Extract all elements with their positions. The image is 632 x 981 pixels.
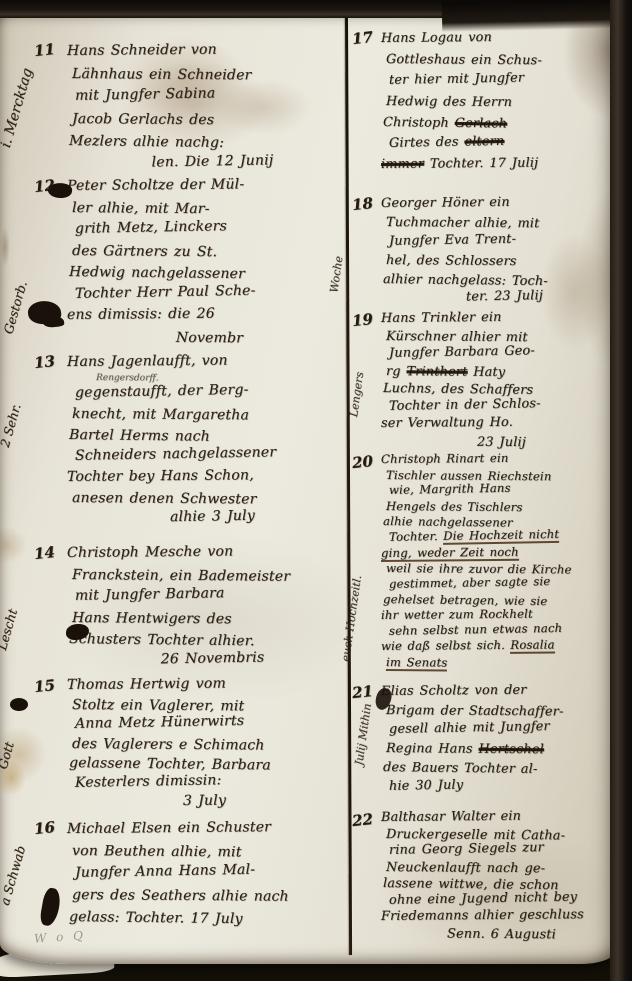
entry-text-segment: hie 30 July: [389, 778, 463, 794]
entry-line: Balthasar Walter ein: [381, 808, 612, 827]
entry-number: 18: [351, 194, 374, 214]
entry-line: len. Die 12 Junij: [75, 148, 350, 175]
entry-text-segment: hel, des Schlossers: [386, 253, 517, 269]
entry-text-segment: im Senats: [386, 655, 448, 671]
entry-text-segment: sehn selbst nun etwas nach: [389, 620, 562, 637]
entry-line: ens dimissis: die 26: [67, 303, 342, 327]
entry-line: ter. 23 Julij: [389, 285, 620, 308]
entry-text-segment: des Gärtners zu St.: [72, 243, 217, 260]
entry-text-segment: Hans Hentwigers des: [72, 610, 232, 627]
entry-line: Jungfer Barbara Geo-: [389, 341, 620, 363]
entry-line: knecht, mit Margaretha: [72, 404, 347, 427]
entry-text-segment: Elias Scholtz von der: [381, 683, 527, 699]
entry-line: Christoph Rinart ein: [381, 450, 612, 468]
entry-line: gesell alhie mit Jungfer: [389, 716, 620, 739]
entry-lines: Christoph Mesche vonFranckstein, ein Bad…: [67, 543, 342, 672]
register-entry: 15Thomas Hertwig vomStoltz ein Vaglerer,…: [34, 676, 342, 813]
entry-text-segment: Schneiders nachgelassener: [75, 444, 276, 464]
entry-text-segment: Mezlers alhie nachg:: [69, 133, 224, 151]
entry-text-segment: Tochter.: [389, 529, 443, 544]
entry-line: ter hier mit Jungfer: [389, 66, 620, 91]
entry-line: Tochter Herr Paul Sche-: [75, 279, 350, 305]
entry-text-segment: gegenstaufft, der Berg-: [75, 382, 249, 401]
entry-line: Tochter in der Schlos-: [389, 393, 620, 415]
entry-text-segment: ohne eine Jugend nicht bey: [389, 889, 577, 907]
entry-lines: Hans Jagenlaufft, vonRengersdorff.gegens…: [67, 352, 342, 530]
entry-line: rg Trinthert Haty: [386, 363, 617, 382]
register-entry: 16Michael Elsen ein Schustervon Beuthen …: [34, 818, 342, 928]
entry-text-segment: rg: [386, 364, 407, 379]
entry-line: Girtes des eltern: [389, 129, 620, 154]
register-entry: 17Hans Logau vonGottleshaus ein Schus-te…: [352, 28, 612, 175]
entry-text-segment: Thomas Hertwig vom: [67, 676, 226, 693]
entry-text-segment: ihr wetter zum Rockhelt: [381, 607, 533, 622]
entry-text-segment: Tochter bey Hans Schon,: [67, 467, 254, 485]
entry-number: 13: [33, 352, 56, 372]
entry-line: Regina Hans Hertschel: [386, 739, 617, 760]
entry-line: Georger Höner ein: [381, 192, 612, 213]
book-binding-top-right: [442, 0, 632, 32]
entry-text-segment: Bartel Herms nach: [69, 427, 210, 445]
entry-text-segment: Neuckenlaufft nach ge-: [386, 860, 545, 876]
entry-text-segment: Jungfer Barbara Geo-: [389, 343, 535, 361]
entry-text-segment: knecht, mit Margaretha: [72, 406, 249, 423]
entry-text-segment: 3 July: [183, 793, 226, 809]
entry-text-segment: Senn. 6 Augusti: [447, 926, 556, 942]
entry-text-segment: Hans Trinkler ein: [381, 310, 502, 326]
entry-text-segment: mit Jungfer Sabina: [75, 85, 216, 103]
paper-crease: [0, 227, 10, 267]
entry-text-segment: anesen denen Schwester: [72, 490, 257, 507]
entry-line: 23 Julij: [386, 433, 617, 452]
entry-text-segment: Girtes des: [389, 135, 465, 151]
entry-text-segment: Trinthert: [406, 364, 467, 379]
entry-text-segment: gestimmet, aber sagte sie: [389, 574, 551, 591]
entry-text-segment: Novembr: [176, 329, 243, 346]
entry-line: sehn selbst nun etwas nach: [389, 619, 620, 639]
entry-number: 22: [351, 810, 374, 830]
entry-text-segment: Peter Scholtze der Mül-: [67, 176, 244, 194]
entry-line: 26 Novembris: [75, 646, 350, 672]
register-entry: 18Georger Höner einTuchmacher alhie, mit…: [352, 194, 612, 308]
entry-text-segment: eltern: [464, 134, 504, 150]
entry-text-segment: Hans Jagenlaufft, von: [67, 353, 228, 370]
entry-lines: Hans Logau vonGottleshaus ein Schus-ter …: [381, 28, 612, 175]
entry-text-segment: Tochter Herr Paul Sche-: [75, 282, 256, 301]
entry-text-segment: 23 Julij: [477, 434, 526, 449]
entry-text-segment: Kesterlers dimissin:: [75, 772, 222, 791]
entry-text-segment: Anna Metz Hünerwirts: [75, 713, 244, 732]
entry-text-segment: grith Metz, Linckers: [75, 218, 227, 237]
entry-text-segment: von Beuthen alhie, mit: [72, 843, 242, 860]
entry-text-segment: Christoph Mesche von: [67, 544, 233, 561]
manuscript-photo: 11Hans Schneider vonLähnhaus ein Schneid…: [0, 0, 632, 981]
entry-text-segment: Hengels des Tischlers: [386, 499, 523, 514]
entry-number: 15: [33, 676, 56, 696]
entry-line: des Gärtners zu St.: [72, 241, 347, 265]
entry-text-segment: Hedwig des Herrn: [386, 94, 512, 110]
entry-text-segment: Friedemanns alhier geschluss: [381, 907, 584, 924]
entry-text-segment: wie daß selbst sich.: [381, 638, 510, 653]
entry-line: wie daß selbst sich. Rosalia: [381, 637, 612, 655]
entry-line: ser Verwaltung Ho.: [381, 413, 612, 433]
entry-line: ohne eine Jugend nicht bey: [389, 888, 620, 909]
register-entry: 20Christoph Rinart einTischler aussen Ri…: [352, 452, 612, 670]
entry-number: 20: [351, 452, 374, 472]
entry-text-segment: Jungfer Eva Trent-: [389, 232, 516, 249]
entry-text-segment: Hans Schneider von: [67, 42, 217, 59]
entry-lines: Peter Scholtze der Mül-ler alhie, mit Ma…: [67, 176, 342, 348]
entry-text-segment: Jacob Gerlachs des: [72, 111, 214, 128]
entry-text-segment: Schusters Tochter alhier.: [69, 631, 255, 649]
entry-lines: Christoph Rinart einTischler aussen Riec…: [381, 452, 612, 670]
entry-text-segment: Christoph: [383, 115, 455, 131]
entry-line: 3 July: [67, 791, 342, 813]
entry-lines: Georger Höner einTuchmacher alhie, mitJu…: [381, 194, 612, 308]
entry-line: Peter Scholtze der Mül-: [67, 174, 342, 198]
entry-line: Michael Elsen ein Schuster: [67, 816, 342, 840]
entry-line: im Senats: [386, 655, 617, 672]
entry-text-segment: ser Verwaltung Ho.: [381, 415, 513, 431]
entry-line: Senn. 6 Augusti: [386, 926, 617, 944]
entry-text-segment: Georger Höner ein: [381, 195, 510, 211]
entry-text-segment: ens dimissis: die 26: [67, 306, 215, 323]
entry-lines: Balthasar Walter einDruckergeselle mit C…: [381, 810, 612, 942]
entry-line: Hans Hentwigers des: [72, 608, 347, 632]
entry-number: 16: [33, 818, 56, 838]
entry-line: Kesterlers dimissin:: [75, 769, 350, 793]
entry-text-segment: ging, weder Zeit noch: [381, 544, 519, 561]
register-entry: 13Hans Jagenlaufft, vonRengersdorff.gege…: [34, 352, 342, 530]
register-entry: 19Hans Trinkler einKürschner alhier mitJ…: [352, 310, 612, 450]
entry-line: hel, des Schlossers: [386, 251, 617, 272]
entry-line: Hans Schneider von: [67, 38, 342, 63]
entry-lines: Elias Scholtz von derBrigam der Stadtsch…: [381, 682, 612, 796]
entry-lines: Thomas Hertwig vomStoltz ein Vaglerer, m…: [67, 676, 342, 813]
entry-text-segment: des Vaglerers e Schimach: [72, 736, 265, 754]
entry-text-segment: wie, Margrith Hans: [389, 481, 511, 497]
entry-line: Novembr: [72, 327, 347, 351]
entry-text-segment: Hans Logau von: [381, 30, 492, 46]
register-entry: 12Peter Scholtze der Mül-ler alhie, mit …: [34, 176, 342, 348]
entry-line: gegenstaufft, der Berg-: [75, 378, 350, 404]
ink-blot: [10, 698, 28, 711]
entry-text-segment: Regina Hans: [386, 741, 479, 757]
entry-line: Hans Jagenlaufft, von: [67, 350, 342, 373]
entry-text-segment: ler alhie, mit Mar-: [72, 200, 210, 217]
entry-number: 21: [351, 682, 374, 702]
entry-text-segment: ter hier mit Jungfer: [389, 71, 524, 88]
entry-lines: Hans Schneider vonLähnhaus ein Schneider…: [67, 40, 342, 175]
entry-line: Friedemanns alhier geschluss: [381, 907, 612, 926]
right-register-column: 17Hans Logau vonGottleshaus ein Schus-te…: [352, 0, 612, 981]
entry-text-segment: Christoph Rinart ein: [381, 451, 509, 466]
entry-line: ging, weder Zeit noch: [381, 544, 612, 562]
entry-number: 17: [351, 28, 374, 48]
entry-line: immer Tochter. 17 Julij: [381, 152, 612, 175]
entry-text-segment: gelass: Tochter. 17 July: [69, 909, 243, 927]
entry-text-segment: Hertschel: [478, 742, 544, 758]
entry-text-segment: Tochter. 17 Julij: [424, 156, 538, 172]
register-entry: 22Balthasar Walter einDruckergeselle mit…: [352, 810, 612, 942]
entry-line: rina Georg Siegels zur: [389, 839, 620, 860]
entry-line: Hans Trinkler ein: [381, 308, 612, 328]
entry-line: Tochter bey Hans Schon,: [67, 465, 342, 488]
entry-line: gestimmet, aber sagte sie: [389, 573, 620, 593]
entry-line: Christoph Mesche von: [67, 541, 342, 565]
entry-text-segment: Hedwig nachgelassener: [69, 264, 245, 282]
entry-line: Elias Scholtz von der: [381, 680, 612, 701]
entry-line: Hedwig des Herrn: [386, 91, 617, 114]
entry-line: mit Jungfer Barbara: [75, 581, 350, 607]
entry-line: Thomas Hertwig vom: [67, 674, 342, 696]
entry-line: gers des Seathers alhie nach: [72, 884, 347, 908]
entry-text-segment: Balthasar Walter ein: [381, 809, 521, 825]
entry-text-segment: Lähnhaus ein Schneider: [72, 66, 252, 83]
entry-line: wie, Margrith Hans: [389, 479, 620, 499]
entry-line: grith Metz, Linckers: [75, 214, 350, 240]
entry-lines: Hans Trinkler einKürschner alhier mitJun…: [381, 310, 612, 450]
register-entry: 14Christoph Mesche vonFranckstein, ein B…: [34, 543, 342, 672]
entry-line: Jungfer Eva Trent-: [389, 228, 620, 251]
entry-text-segment: gesell alhie mit Jungfer: [389, 719, 550, 737]
left-register-column: 11Hans Schneider vonLähnhaus ein Schneid…: [34, 0, 342, 981]
entry-line: Jungfer Anna Hans Mal-: [75, 857, 350, 884]
entry-line: mit Jungfer Sabina: [75, 80, 350, 107]
entry-line: Jacob Gerlachs des: [72, 108, 347, 133]
entry-number: 19: [351, 310, 374, 330]
entry-text-segment: rina Georg Siegels zur: [389, 840, 544, 858]
book-edge-right: [610, 0, 632, 981]
entry-text-segment: ter. 23 Julij: [466, 288, 543, 304]
register-entry: 11Hans Schneider vonLähnhaus ein Schneid…: [34, 40, 342, 175]
entry-text-segment: len. Die 12 Junij: [151, 152, 273, 170]
entry-text-segment: Die Hochzeit nicht: [443, 527, 559, 545]
entry-lines: Michael Elsen ein Schustervon Beuthen al…: [67, 818, 342, 928]
entry-text-segment: immer: [381, 157, 424, 172]
entry-line: Tochter. Die Hochzeit nicht: [389, 526, 620, 546]
entry-text-segment: Rosalia: [510, 638, 554, 654]
entry-line: Schneiders nachgelassener: [75, 441, 350, 467]
entry-line: Neuckenlaufft nach ge-: [386, 860, 617, 878]
entry-text-segment: Franckstein, ein Bademeister: [72, 567, 290, 585]
entry-number: 11: [33, 40, 56, 60]
entry-text-segment: Gottleshaus ein Schus-: [386, 52, 542, 68]
entry-text-segment: gers des Seathers alhie nach: [72, 887, 289, 905]
entry-text-segment: 26 Novembris: [161, 649, 265, 667]
entry-text-segment: Haty: [467, 364, 505, 379]
entry-text-segment: Michael Elsen ein Schuster: [67, 819, 271, 837]
entry-text-segment: Jungfer Anna Hans Mal-: [75, 862, 255, 881]
entry-number: 14: [33, 543, 56, 563]
entry-text-segment: alhie 3 July: [170, 508, 255, 525]
entry-line: des Vaglerers e Schimach: [72, 735, 347, 757]
entry-text-segment: Gerlach: [455, 116, 508, 132]
entry-line: gelass: Tochter. 17 July: [69, 906, 344, 931]
entry-text-segment: Stoltz ein Vaglerer, mit: [72, 697, 245, 714]
entry-line: hie 30 July: [389, 773, 620, 796]
entry-text-segment: Tochter in der Schlos-: [389, 396, 541, 414]
entry-line: alhie 3 July: [75, 504, 350, 530]
entry-text-segment: mit Jungfer Barbara: [75, 585, 225, 604]
entry-line: Anna Metz Hünerwirts: [75, 710, 350, 734]
